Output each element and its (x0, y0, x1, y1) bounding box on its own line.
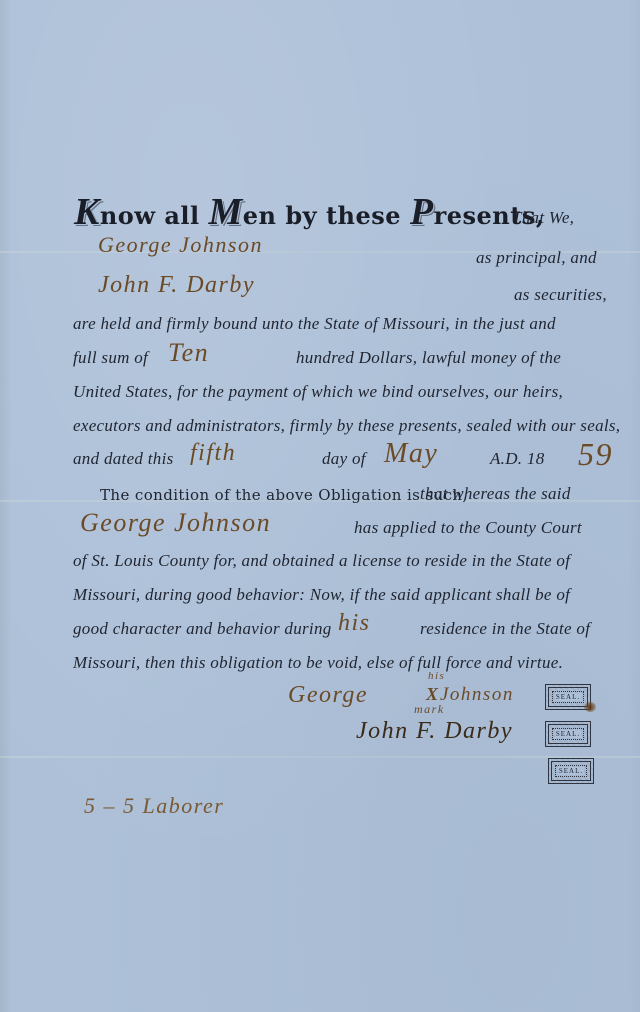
date-year: 59 (578, 436, 613, 473)
heading-initial: K (74, 191, 100, 233)
bond-text-line: are held and firmly bound unto the State… (73, 314, 556, 334)
condition-text: The condition of the above Obligation is… (100, 486, 468, 504)
bond-text-line: has applied to the County Court (354, 518, 582, 538)
fold-line (0, 756, 640, 758)
security-name: John F. Darby (98, 272, 255, 299)
bond-text-line: Missouri, then this obligation to be voi… (73, 653, 563, 673)
heading-tail: That We, (512, 208, 574, 228)
bond-text-line: and dated this (73, 449, 174, 469)
seal-box: SEAL. (548, 758, 594, 784)
securities-label: as securities, (514, 285, 607, 305)
bond-text-line: hundred Dollars, lawful money of the (296, 348, 561, 368)
seal-label: SEAL. (558, 767, 584, 775)
date-day: fifth (190, 440, 236, 467)
heading-text: en by these (243, 201, 410, 230)
bond-text-line: residence in the State of (420, 619, 590, 639)
heading-initial: M (208, 191, 242, 233)
seal-box: SEAL. (545, 721, 591, 747)
bond-text-line: that whereas the said (420, 484, 571, 504)
ink-stain (584, 702, 596, 712)
signature-mark: mark (414, 702, 445, 717)
applicant-pronoun: his (338, 610, 371, 637)
signature-last-name: Johnson (440, 684, 514, 706)
bond-text-line: Missouri, during good behavior: Now, if … (73, 585, 570, 605)
principal-name: George Johnson (98, 232, 263, 258)
bond-text-line: A.D. 18 (490, 449, 545, 469)
docket-note: 5 – 5 Laborer (84, 793, 224, 819)
bond-text-line: executors and administrators, firmly by … (73, 416, 620, 436)
signature-his: his (428, 670, 445, 682)
principal-label: as principal, and (476, 248, 597, 268)
bond-text-line: United States, for the payment of which … (73, 382, 563, 402)
applicant-name: George Johnson (80, 508, 271, 538)
document-page: Know all Men by these Presents, That We,… (0, 0, 640, 1012)
heading-text: now all (100, 201, 209, 230)
document-heading: Know all Men by these Presents, (74, 190, 545, 234)
signature-first-name: George (288, 682, 368, 709)
sum-amount: Ten (168, 338, 209, 368)
bond-text-line: full sum of (73, 348, 148, 368)
bond-text-line: of St. Louis County for, and obtained a … (73, 551, 570, 571)
bond-text-line: good character and behavior during (73, 619, 332, 639)
date-month: May (384, 438, 438, 470)
signature-john-darby: John F. Darby (356, 718, 513, 745)
bond-text-line: day of (322, 449, 366, 469)
heading-initial: P (410, 191, 434, 233)
seal-label: SEAL. (555, 693, 581, 701)
seal-label: SEAL. (555, 730, 581, 738)
